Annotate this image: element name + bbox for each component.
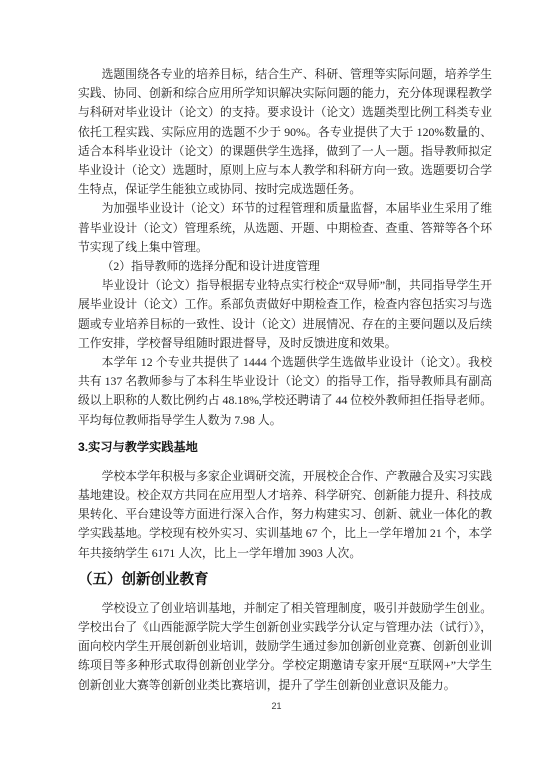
paragraph-process-management: 为加强毕业设计（论文）环节的过程管理和质量监督，本届毕业生采用了维普毕业设计（论… bbox=[78, 199, 492, 257]
paragraph-practice-base-construction: 学校本学年积极与多家企业调研交流，开展校企合作、产教融合及实习实践基地建设。校企… bbox=[78, 467, 492, 563]
paragraph-topic-selection: 选题围绕各专业的培养目标，结合生产、科研、管理等实际问题，培养学生实践、协同、创… bbox=[78, 65, 492, 199]
paragraph-advisor-statistics: 本学年 12 个专业共提供了 1444 个选题供学生选做毕业设计（论文）。我校共… bbox=[78, 353, 492, 430]
paragraph-advisor-assignment-subtitle: （2）指导教师的选择分配和设计进度管理 bbox=[78, 257, 492, 276]
section-heading-innovation-entrepreneurship-education: （五）创新创业教育 bbox=[78, 570, 492, 590]
document-page: 选题围绕各专业的培养目标，结合生产、科研、管理等实际问题，培养学生实践、协同、创… bbox=[0, 0, 553, 783]
paragraph-entrepreneurship-training: 学校设立了创业培训基地，并制定了相关管理制度，吸引并鼓励学生创业。学校出台了《山… bbox=[78, 599, 492, 695]
page-number: 21 bbox=[0, 701, 553, 712]
section-heading-internship-practice-bases: 3.实习与教学实践基地 bbox=[78, 439, 492, 456]
paragraph-dual-advisor-system: 毕业设计（论文）指导根据专业特点实行校企“双导师”制，共同指导学生开展毕业设计（… bbox=[78, 276, 492, 353]
